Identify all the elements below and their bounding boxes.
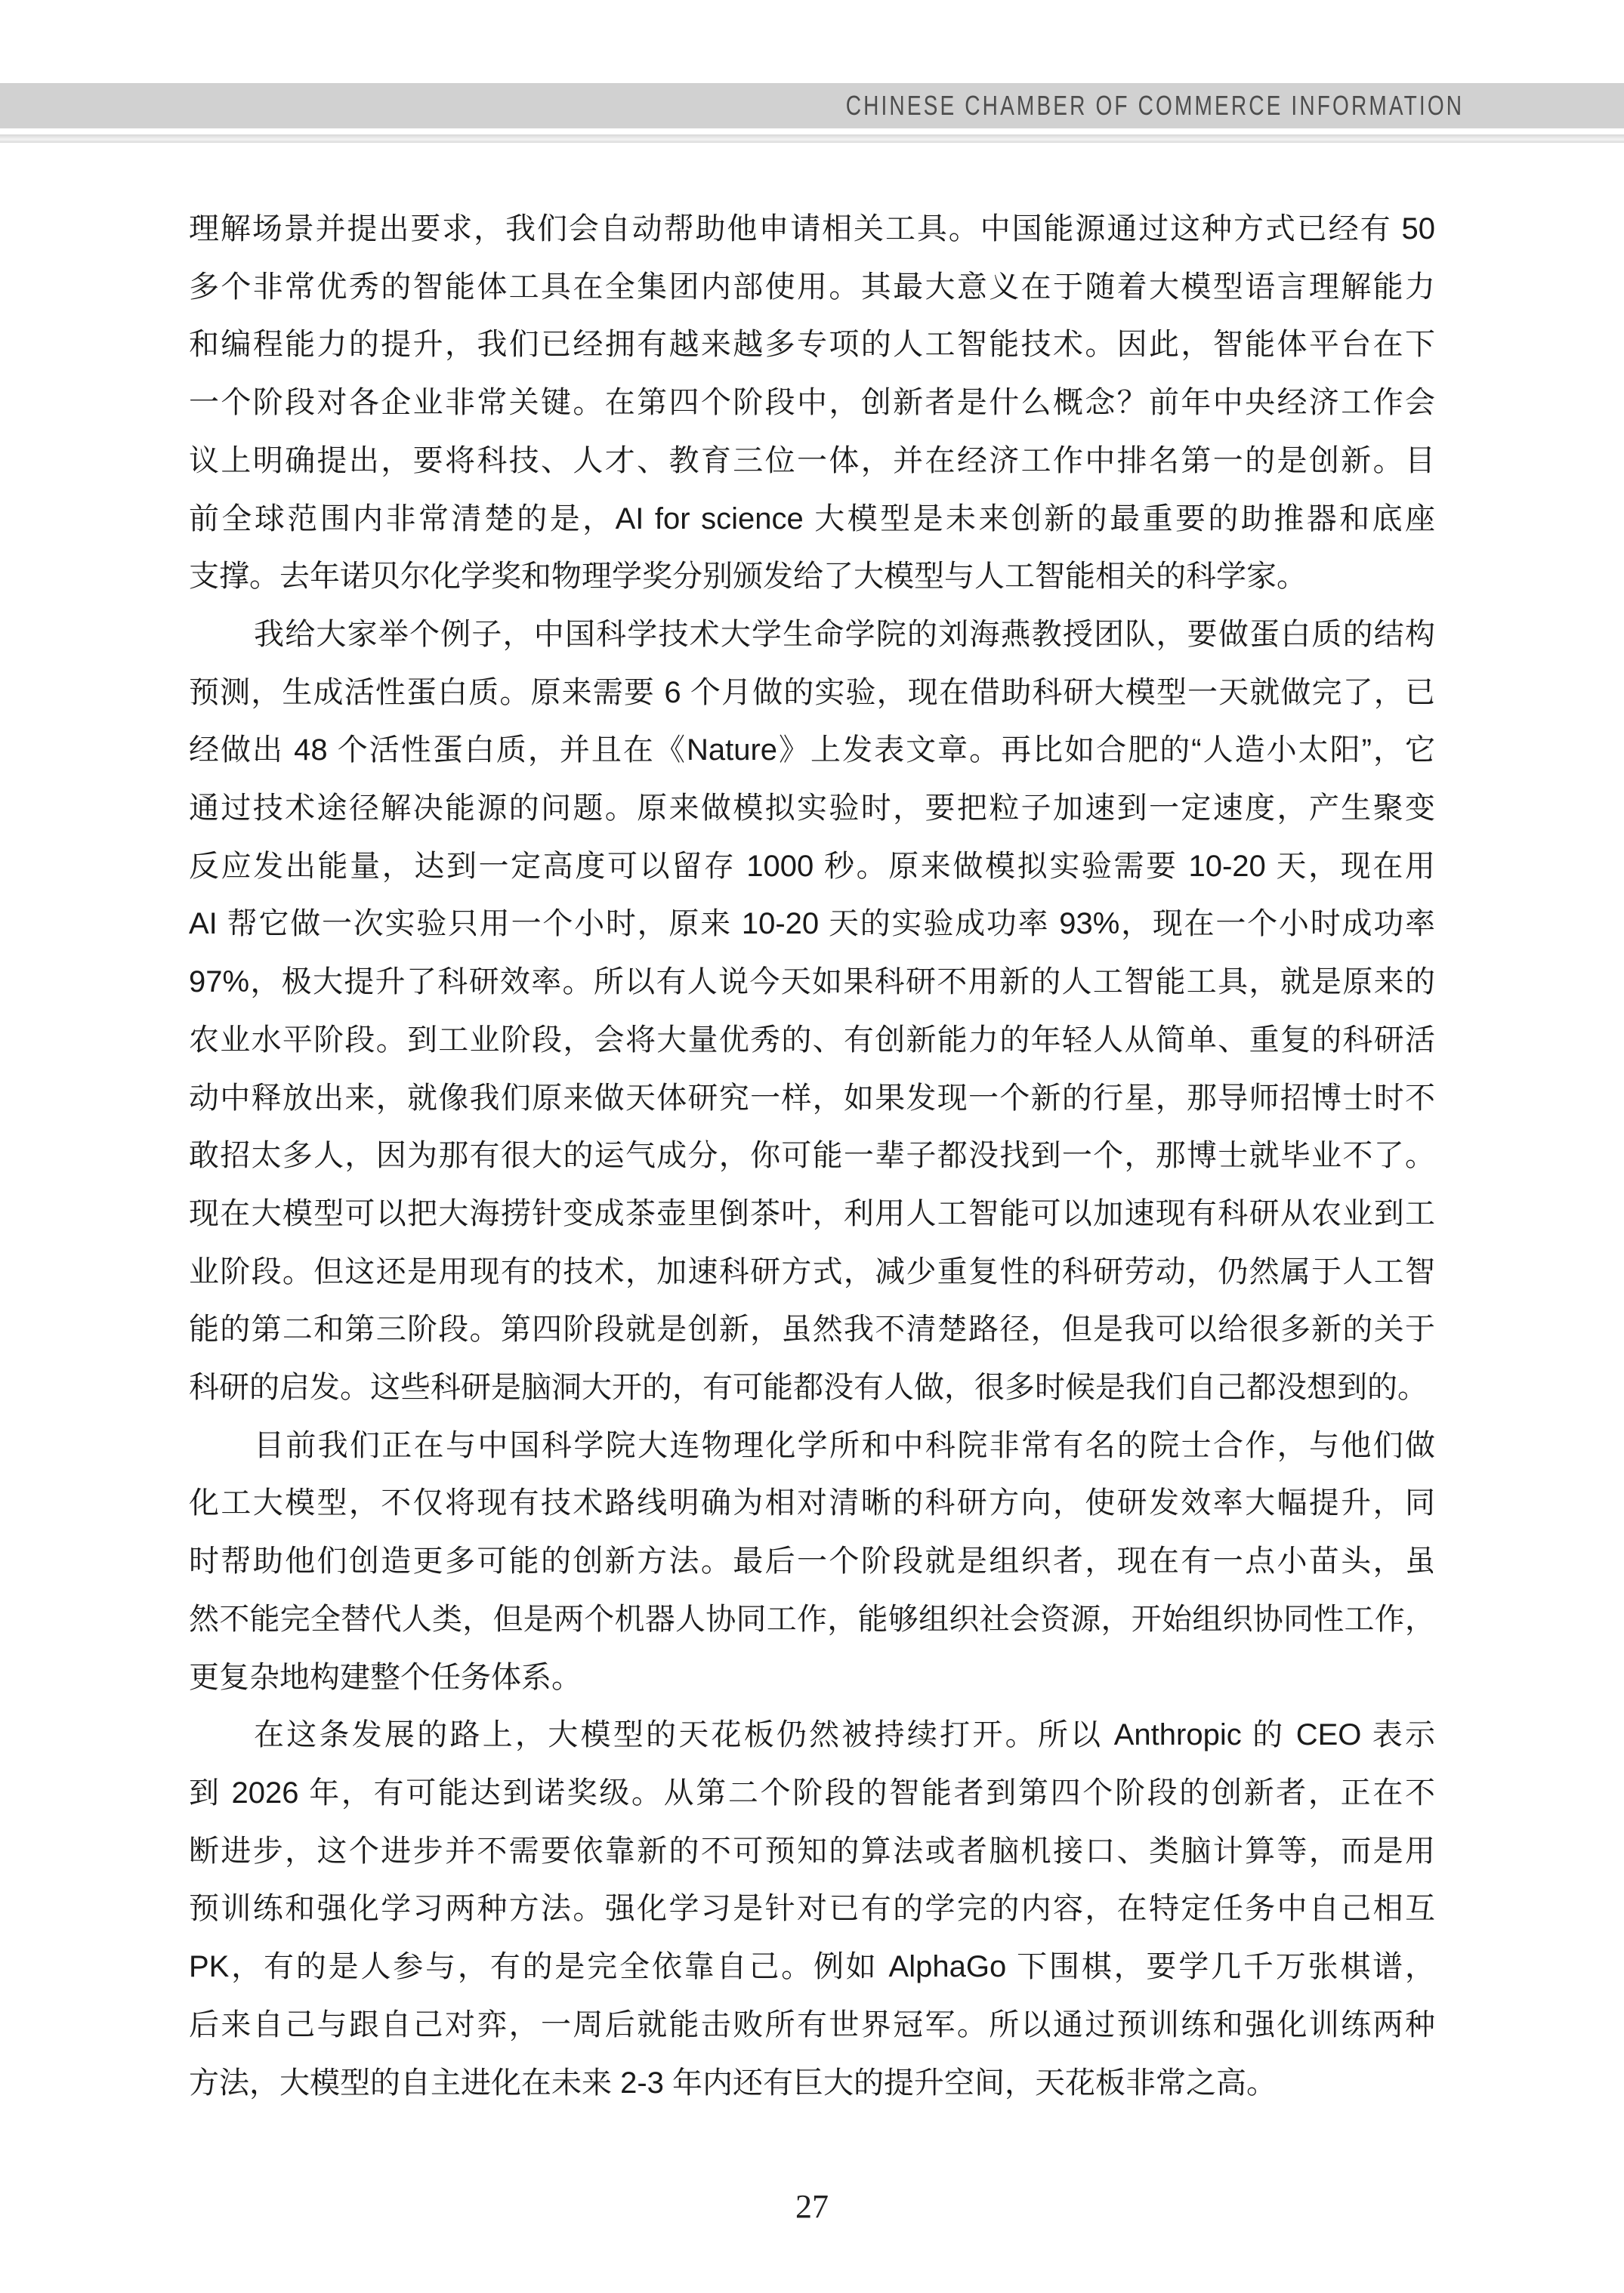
text-line: 敢招太多人，因为那有很大的运气成分，你可能一辈子都没找到一个，那博士就毕业不了。 [189, 1127, 1435, 1185]
text-line: 能的第二和第三阶段。第四阶段就是创新，虽然我不清楚路径，但是我可以给很多新的关于 [189, 1301, 1435, 1359]
text-line: 然不能完全替代人类，但是两个机器人协同工作，能够组织社会资源，开始组织协同性工作… [189, 1591, 1435, 1649]
text-line: 在这条发展的路上，大模型的天花板仍然被持续打开。所以 Anthropic 的 C… [189, 1706, 1435, 1764]
text-line: 支撑。去年诺贝尔化学奖和物理学奖分别颁发给了大模型与人工智能相关的科学家。 [189, 548, 1435, 606]
text-line: 反应发出能量，达到一定高度可以留存 1000 秒。原来做模拟实验需要 10-20… [189, 838, 1435, 896]
text-line: 化工大模型，不仅将现有技术路线明确为相对清晰的科研方向，使研发效率大幅提升，同 [189, 1474, 1435, 1532]
text-line: 多个非常优秀的智能体工具在全集团内部使用。其最大意义在于随着大模型语言理解能力 [189, 258, 1435, 316]
text-line: 现在大模型可以把大海捞针变成茶壶里倒茶叶，利用人工智能可以加速现有科研从农业到工 [189, 1185, 1435, 1243]
text-line: 后来自己与跟自己对弈，一周后就能击败所有世界冠军。所以通过预训练和强化训练两种 [189, 1996, 1435, 2054]
text-line: 通过技术途径解决能源的问题。原来做模拟实验时，要把粒子加速到一定速度，产生聚变 [189, 779, 1435, 838]
text-line: 预测，生成活性蛋白质。原来需要 6 个月做的实验，现在借助科研大模型一天就做完了… [189, 664, 1435, 722]
text-line: 97%，极大提升了科研效率。所以有人说今天如果科研不用新的人工智能工具，就是原来… [189, 953, 1435, 1011]
text-line: 动中释放出来，就像我们原来做天体研究一样，如果发现一个新的行星，那导师招博士时不 [189, 1069, 1435, 1128]
text-line: 预训练和强化学习两种方法。强化学习是针对已有的学完的内容，在特定任务中自己相互 [189, 1880, 1435, 1938]
text-line: 议上明确提出，要将科技、人才、教育三位一体，并在经济工作中排名第一的是创新。目 [189, 432, 1435, 490]
header-title: CHINESE CHAMBER OF COMMERCE INFORMATION [845, 90, 1624, 122]
text-line: 和编程能力的提升，我们已经拥有越来越多专项的人工智能技术。因此，智能体平台在下 [189, 316, 1435, 374]
text-line: 科研的启发。这些科研是脑洞大开的，有可能都没有人做，很多时候是我们自己都没想到的… [189, 1359, 1435, 1417]
text-line: 农业水平阶段。到工业阶段，会将大量优秀的、有创新能力的年轻人从简单、重复的科研活 [189, 1011, 1435, 1069]
text-line: 目前我们正在与中国科学院大连物理化学所和中科院非常有名的院士合作，与他们做 [189, 1417, 1435, 1475]
text-line: 一个阶段对各企业非常关键。在第四个阶段中，创新者是什么概念？前年中央经济工作会 [189, 374, 1435, 432]
text-line: AI 帮它做一次实验只用一个小时，原来 10-20 天的实验成功率 93%，现在… [189, 895, 1435, 953]
text-line: 经做出 48 个活性蛋白质，并且在《Nature》上发表文章。再比如合肥的“人造… [189, 721, 1435, 779]
text-line: 时帮助他们创造更多可能的创新方法。最后一个阶段就是组织者，现在有一点小苗头，虽 [189, 1532, 1435, 1591]
text-line: 我给大家举个例子，中国科学技术大学生命学院的刘海燕教授团队，要做蛋白质的结构 [189, 606, 1435, 664]
header-divider [0, 134, 1624, 143]
text-line: 更复杂地构建整个任务体系。 [189, 1649, 1435, 1707]
text-line: 方法，大模型的自主进化在未来 2-3 年内还有巨大的提升空间，天花板非常之高。 [189, 2054, 1435, 2112]
text-line: 到 2026 年，有可能达到诺奖级。从第二个阶段的智能者到第四个阶段的创新者，正… [189, 1764, 1435, 1822]
text-line: 业阶段。但这还是用现有的技术，加速科研方式，减少重复性的科研劳动，仍然属于人工智 [189, 1243, 1435, 1301]
text-line: PK，有的是人参与，有的是完全依靠自己。例如 AlphaGo 下围棋，要学几千万… [189, 1938, 1435, 1996]
text-line: 断进步，这个进步并不需要依靠新的不可预知的算法或者脑机接口、类脑计算等，而是用 [189, 1822, 1435, 1881]
document-page: CHINESE CHAMBER OF COMMERCE INFORMATION … [0, 0, 1624, 2293]
page-number: 27 [795, 2188, 829, 2225]
page-footer: 27 [0, 2187, 1624, 2226]
page-header: CHINESE CHAMBER OF COMMERCE INFORMATION [0, 83, 1624, 128]
text-line: 理解场景并提出要求，我们会自动帮助他申请相关工具。中国能源通过这种方式已经有 5… [189, 200, 1435, 258]
text-line: 前全球范围内非常清楚的是，AI for science 大模型是未来创新的最重要… [189, 490, 1435, 548]
article-body: 理解场景并提出要求，我们会自动帮助他申请相关工具。中国能源通过这种方式已经有 5… [189, 200, 1435, 2112]
